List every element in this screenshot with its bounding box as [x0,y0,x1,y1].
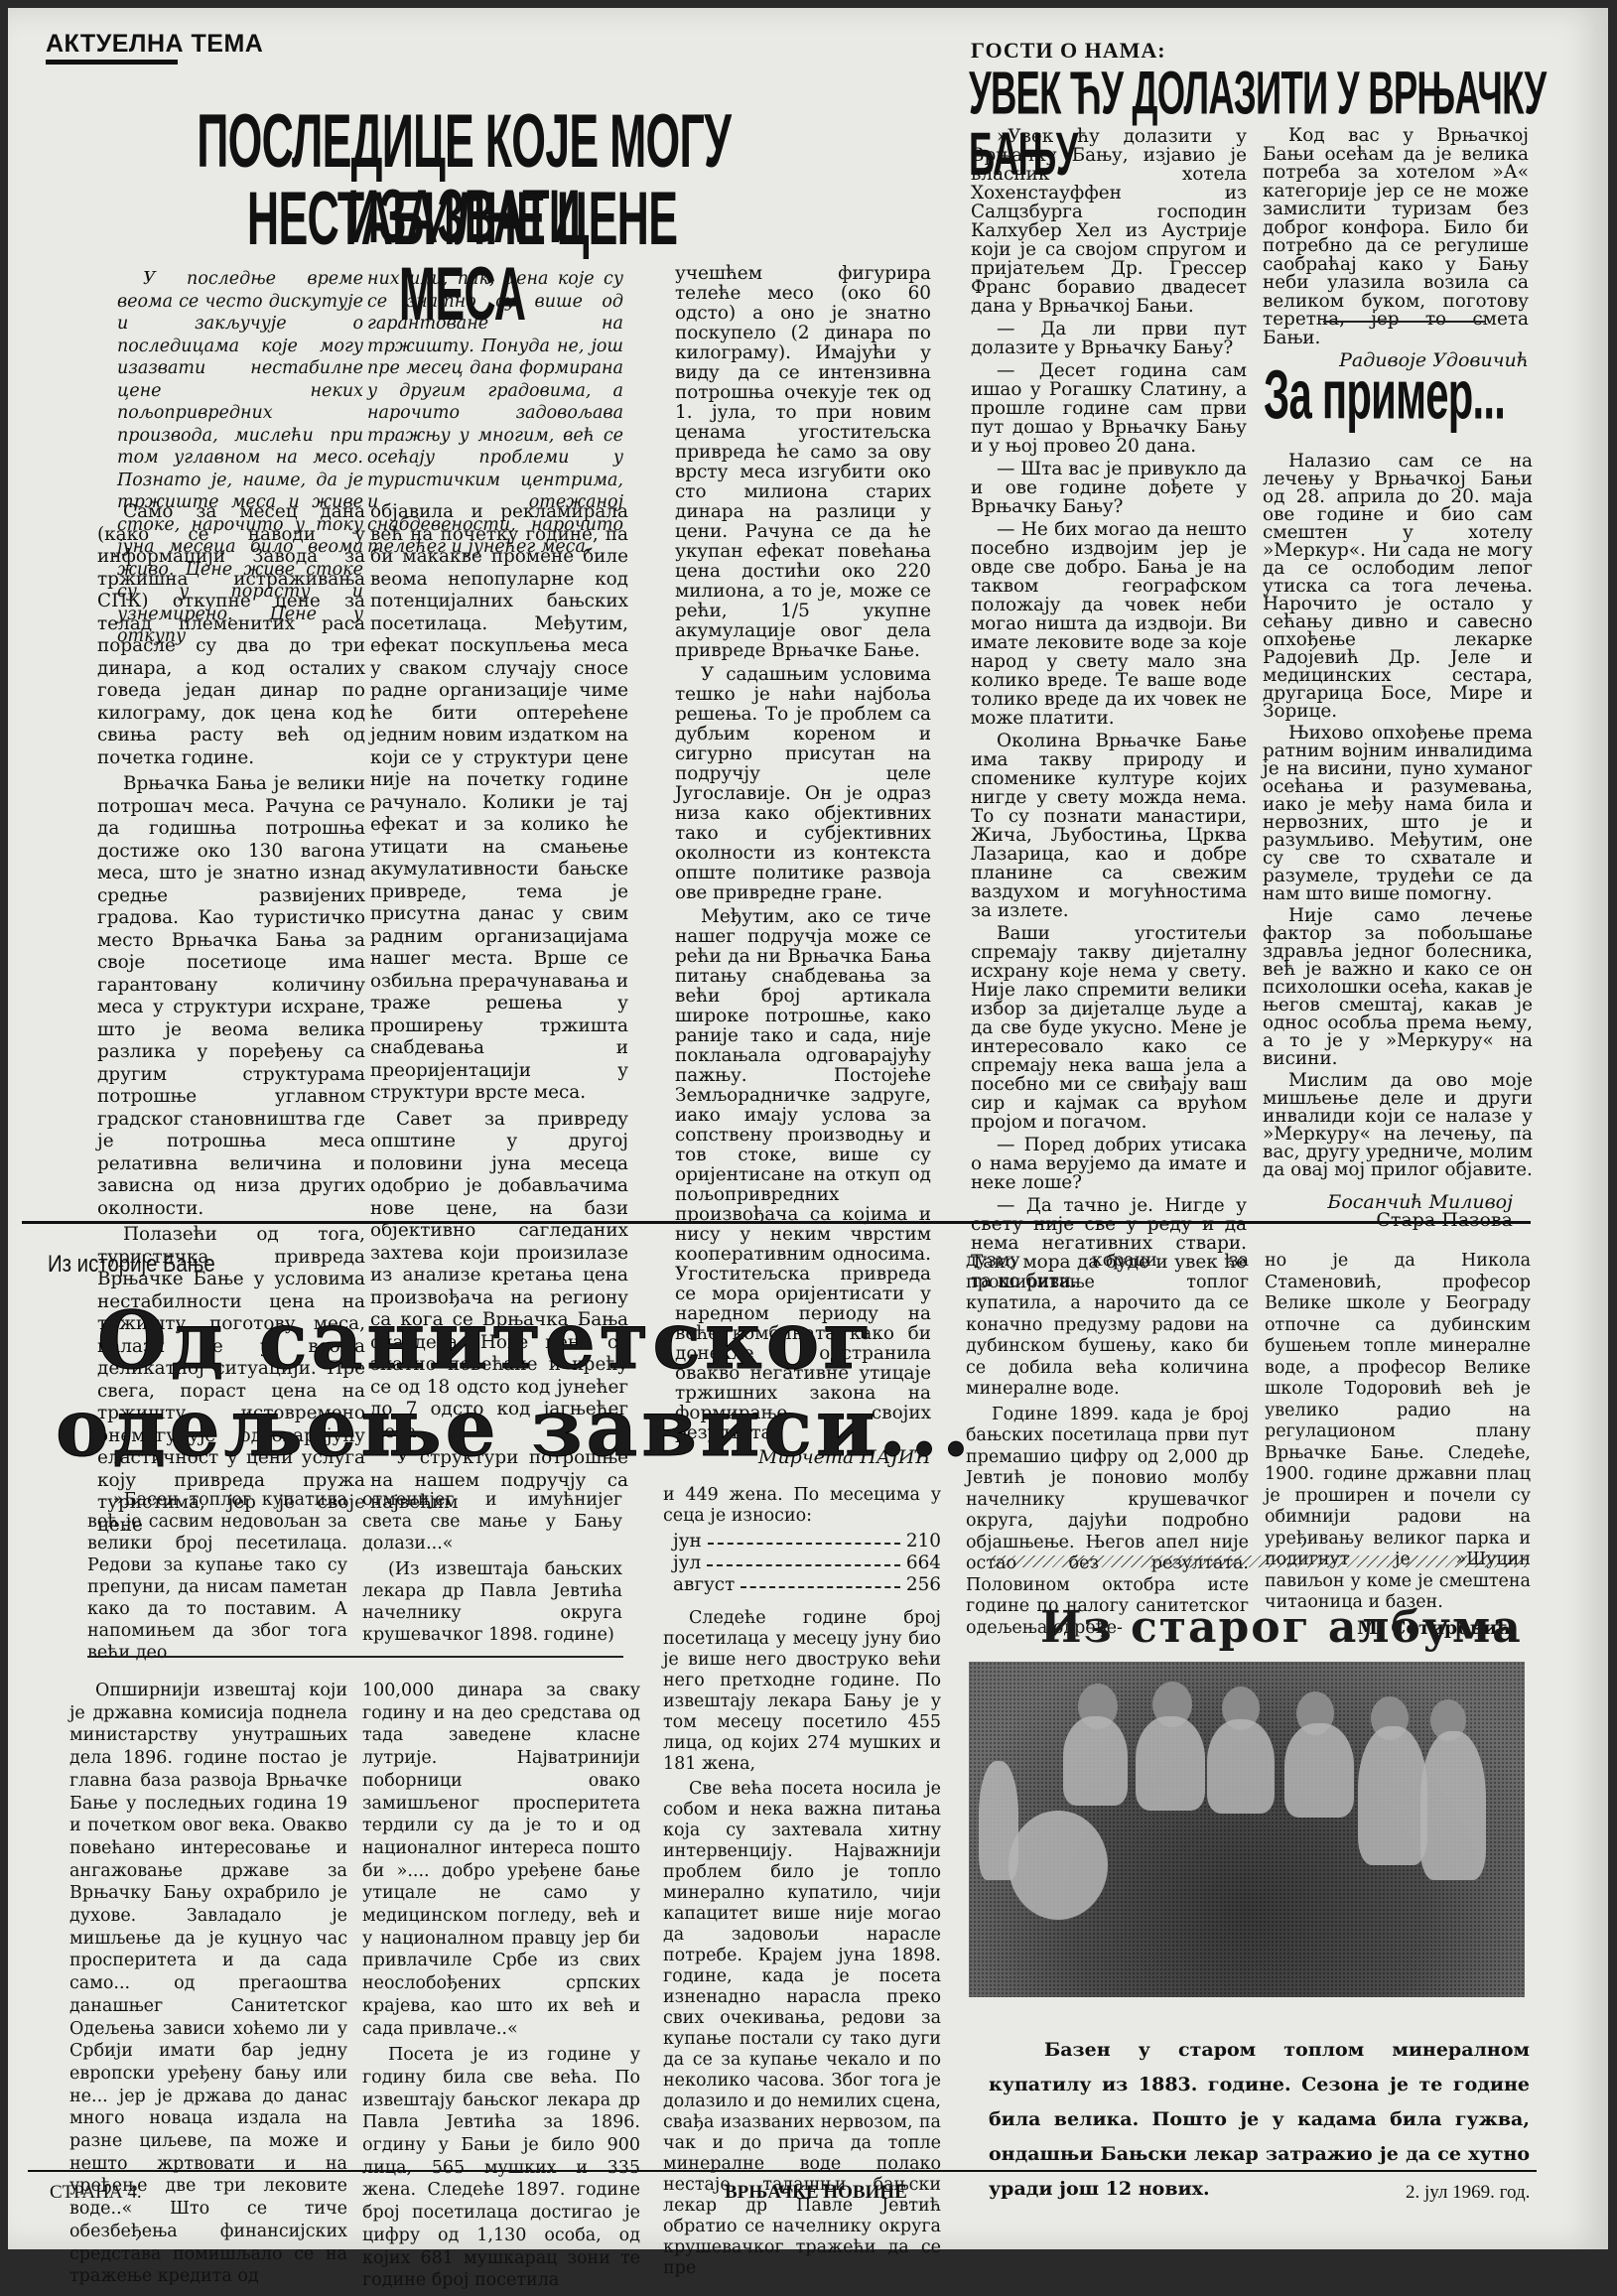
article3-body: Налазио сам се на лечењу у Врњачкој Бањи… [1263,453,1533,1229]
article4-headline-line1: Од санитетског [97,1298,876,1382]
article4-col4: дузму кораци за проширивање топлог купат… [966,1251,1249,1643]
stats-row: август256 [663,1574,941,1596]
article2-col2: Код вас у Врњачкој Бањи осећам да је вел… [1263,127,1529,370]
article4-headline-line2: одељење зависи... [56,1386,974,1469]
article4-quote-col2: отменијег и имућнијег света све мање у Б… [362,1489,622,1650]
article4-kicker: Из историје Бање [48,1251,215,1279]
article4-col5: но је да Никола Стаменовић, професор Вел… [1265,1251,1531,1639]
article1-kicker: АКТУЕЛНА ТЕМА [46,30,263,59]
article1-col3: учешћем фигурира телеће месо (око 60 одс… [675,264,931,1467]
section-divider [22,1221,1531,1224]
album-title: Из старог албума [1040,1602,1523,1653]
article4-col2: 100,000 динара за сваку годину и на део … [362,1680,640,2249]
article4-col1: Опширнији извештај који је државна комис… [69,1680,347,2249]
kicker-underline [46,60,178,65]
stats-row: јул664 [663,1553,941,1574]
album-caption: Базен у старом топлом минералном купатил… [989,2033,1530,2207]
wavy-divider [991,1555,1527,1567]
stats-row: јун210 [663,1531,941,1553]
article3-signature-place: Стара Пазова [1263,1211,1513,1229]
article4-col3: и 449 жена. По месецима у сеца је износи… [663,1485,941,2249]
footer-page-number: СТРАНА 4. [50,2182,142,2204]
article2-col1: »Увек ћу долазити у Врњачку Бању, изјави… [971,127,1247,1294]
newspaper-page: АКТУЕЛНА ТЕМА ПОСЛЕДИЦЕ КОЈЕ МОГУ ИЗАЗВА… [8,8,1608,2249]
footer-publication: ВРЊАЧКЕ НОВИНЕ [725,2182,907,2204]
quote-divider [87,1656,623,1658]
footer-date: 2. јул 1969. год. [1406,2182,1530,2204]
divider [1323,321,1485,323]
footer-rule [28,2170,1537,2172]
article3-headline: За пример... [1264,361,1563,431]
article4-quote-col1: »Басен топлог купатила већ је сасвим нед… [87,1489,347,1668]
album-photo [969,1662,1525,1997]
monthly-visitors-table: јун210 јул664 август256 [663,1531,941,1596]
